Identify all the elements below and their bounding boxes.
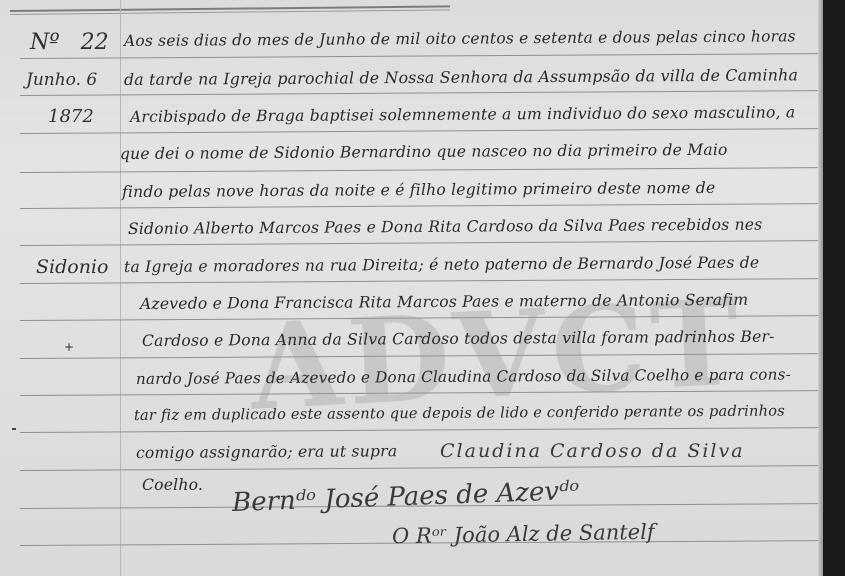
ruled-line [20,278,820,284]
ink-dot [12,428,16,430]
ruled-line [20,167,820,173]
register-page: ADVCT Nº 22 Junho. 6 1872 Sidonio + Aos … [0,0,823,576]
entry-line-4: que dei o nome de Sidonio Bernardino que… [120,141,728,163]
entry-line-6: Sidonio Alberto Marcos Paes e Dona Rita … [128,216,763,238]
godfather-signature: Bernᵈᵒ José Paes de Azevᵈᵒ [232,476,580,518]
scan-border [823,0,845,576]
ruled-line [20,128,820,134]
ruled-line [20,353,820,359]
ruled-line [20,53,820,59]
ruled-line [20,90,820,96]
entry-line-11: tar fiz em duplicado este assento que de… [134,402,785,424]
child-name-margin: Sidonio [36,256,108,278]
godmother-signature: Claudina Cardoso da Silva [440,440,745,462]
entry-line-8: Azevedo e Dona Francisca Rita Marcos Pae… [140,291,749,313]
priest-signature: O Rᵒʳ João Alz de Santelf [392,520,655,549]
entry-line-2: da tarde na Igreja parochial de Nossa Se… [124,65,798,89]
entry-year: 1872 [48,106,94,127]
entry-date: Junho. 6 [26,70,97,90]
ruled-line [20,465,820,471]
margin-column-line [120,0,121,576]
ruled-line [20,203,820,209]
ruled-line [20,390,820,396]
entry-number-label: Nº [30,30,60,55]
entry-line-9: Cardoso e Dona Anna da Silva Cardoso tod… [142,328,775,350]
entry-line-12: comigo assignarão; era ut supra [136,442,397,462]
entry-line-1: Aos seis dias do mes de Junho de mil oit… [124,27,796,50]
entry-line-3: Arcibispado de Braga baptisei solemnemen… [130,103,796,126]
entry-line-5: findo pelas nove horas da noite e é filh… [122,179,716,201]
ruled-line [20,240,820,246]
entry-number: Nº 22 [30,30,109,55]
entry-line-13: Coelho. [142,476,203,494]
entry-number-value: 22 [81,30,109,55]
cross-mark: + [64,340,74,354]
ruled-line [20,427,820,433]
ruled-line [20,315,820,321]
entry-line-7: ta Igreja e moradores na rua Direita; é … [124,254,759,276]
entry-line-10: nardo José Paes de Azevedo e Dona Claudi… [136,365,791,388]
